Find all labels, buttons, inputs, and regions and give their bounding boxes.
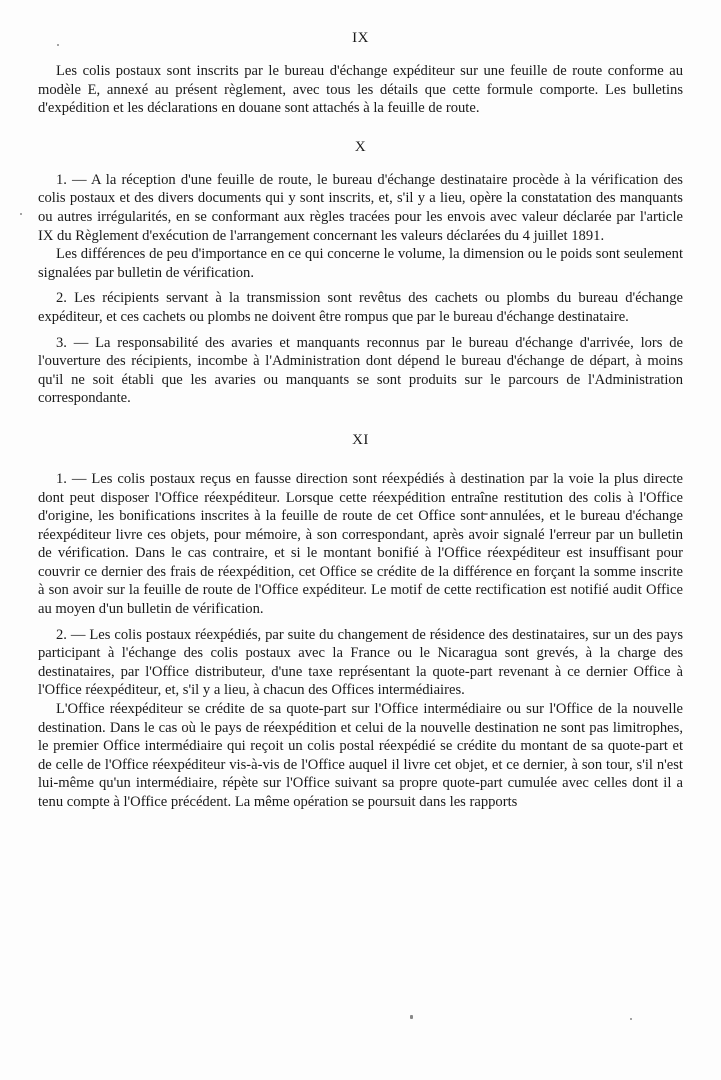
paragraph: Les différences de peu d'importance en c… bbox=[38, 245, 683, 282]
paragraph: Les colis postaux sont inscrits par le b… bbox=[38, 62, 683, 118]
section-heading: XI bbox=[38, 430, 683, 450]
section-heading: IX bbox=[38, 28, 683, 48]
page-content: IX Les colis postaux sont inscrits par l… bbox=[38, 28, 683, 812]
paragraph: 3. — La responsabilité des avaries et ma… bbox=[38, 334, 683, 408]
scan-speck bbox=[20, 213, 22, 215]
paragraph: 2. Les récipients servant à la transmiss… bbox=[38, 289, 683, 326]
scan-speck bbox=[483, 513, 488, 515]
section-xi: XI 1. — Les colis postaux reçus en fauss… bbox=[38, 430, 683, 812]
section-ix: IX Les colis postaux sont inscrits par l… bbox=[38, 28, 683, 118]
paragraph: 2. — Les colis postaux réexpédiés, par s… bbox=[38, 626, 683, 700]
section-heading: X bbox=[38, 137, 683, 157]
paragraph: 1. — Les colis postaux reçus en fausse d… bbox=[38, 470, 683, 619]
scan-speck bbox=[57, 44, 59, 46]
section-x: X 1. — A la réception d'une feuille de r… bbox=[38, 137, 683, 408]
scanned-page: IX Les colis postaux sont inscrits par l… bbox=[0, 0, 721, 1080]
scan-speck bbox=[630, 1018, 632, 1020]
paragraph: 1. — A la réception d'une feuille de rou… bbox=[38, 171, 683, 245]
scan-speck bbox=[410, 1015, 413, 1019]
paragraph: L'Office réexpéditeur se crédite de sa q… bbox=[38, 700, 683, 812]
